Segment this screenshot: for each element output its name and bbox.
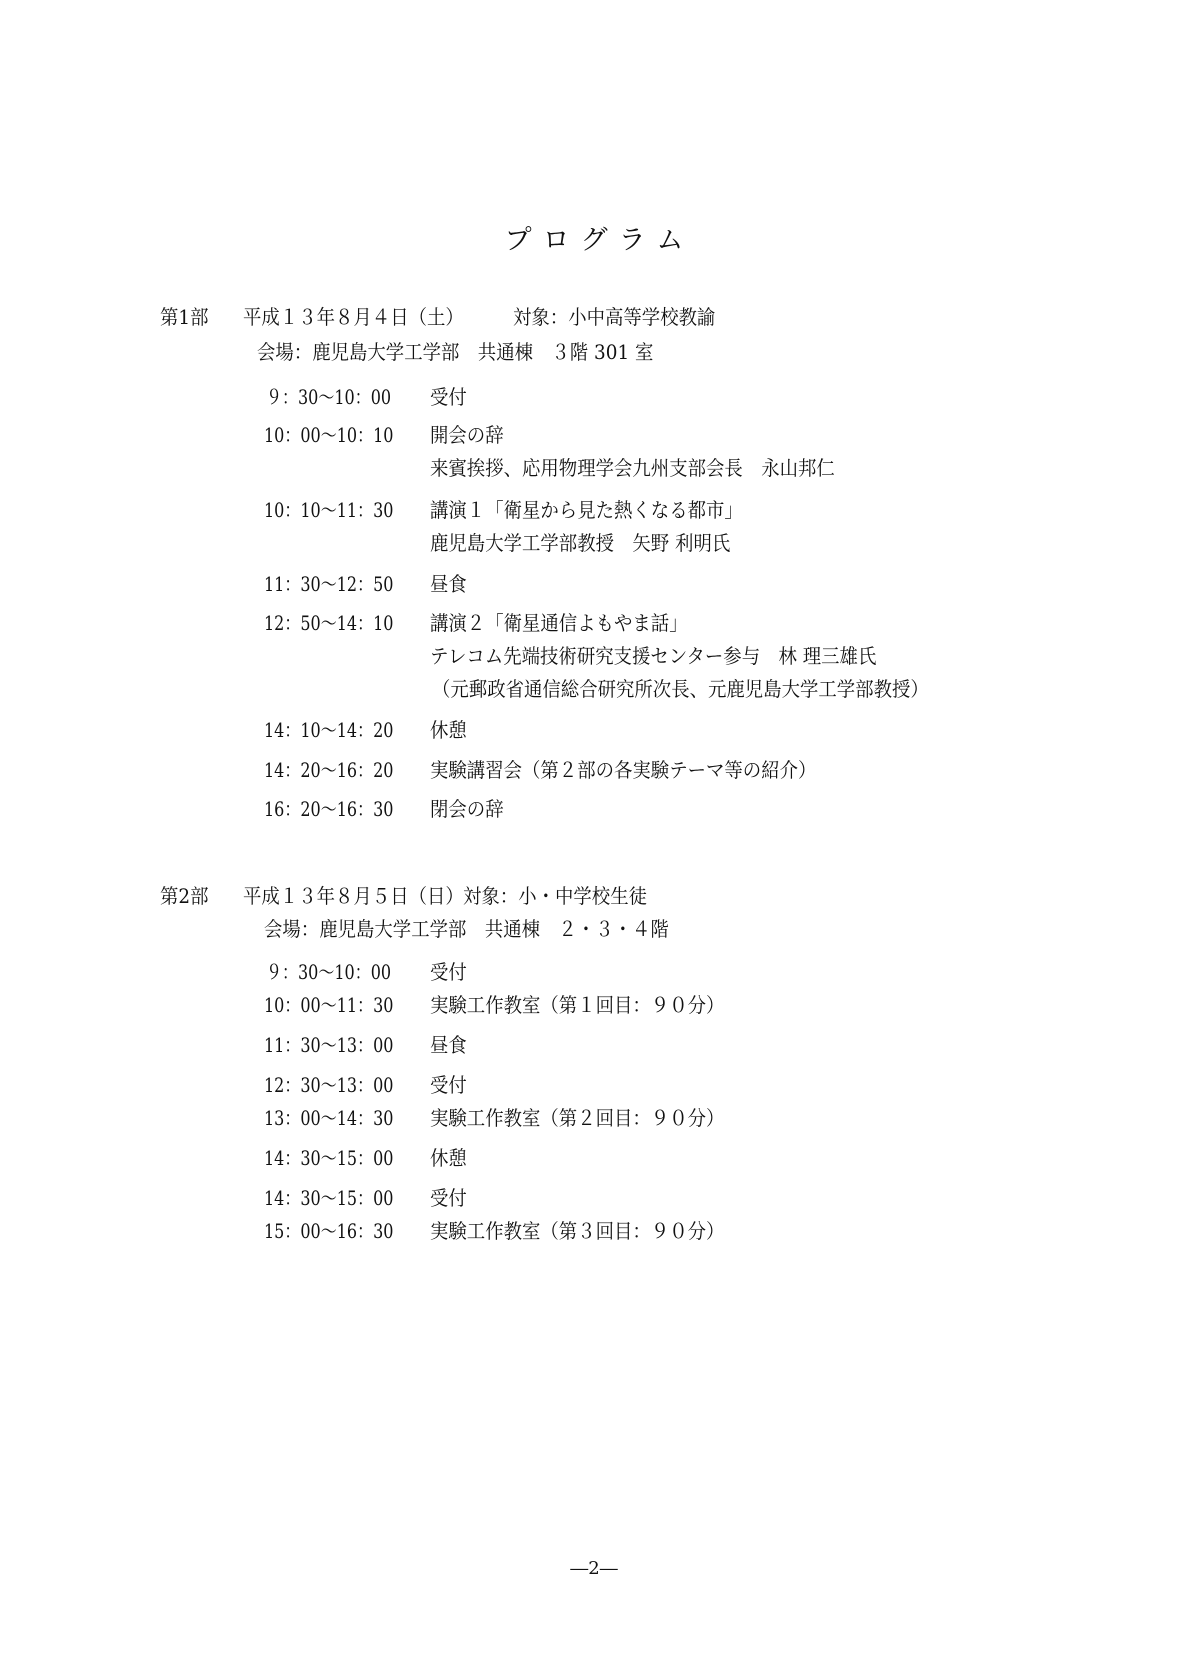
schedule-time: 11：30～13：00 — [264, 1033, 393, 1057]
schedule-item: 実験講習会（第２部の各実験テーマ等の紹介） — [430, 758, 816, 782]
schedule-detail: テレコム先端技術研究支援センター参与 林 理三雄氏 — [430, 644, 876, 668]
schedule-time: 11：30～12：50 — [264, 572, 393, 596]
schedule-item: 受付 — [430, 1186, 467, 1210]
part2-label: 第2部 — [160, 884, 209, 908]
schedule-time: 12：30～13：00 — [264, 1073, 393, 1097]
schedule-item: 実験工作教室（第３回目：９０分） — [430, 1219, 724, 1243]
schedule-item: 実験工作教室（第２回目：９０分） — [430, 1106, 724, 1130]
schedule-time: ９：30～10：00 — [266, 960, 391, 984]
schedule-item: 受付 — [430, 960, 467, 984]
schedule-time: 14：30～15：00 — [264, 1186, 393, 1210]
schedule-detail: 鹿児島大学工学部教授 矢野 利明氏 — [430, 531, 730, 555]
page-title: プログラム — [0, 218, 1188, 257]
schedule-time: 12：50～14：10 — [264, 611, 393, 635]
part2-audience: 対象：小・中学校生徒 — [463, 884, 647, 908]
schedule-item: 昼食 — [430, 1033, 467, 1057]
schedule-item: 講演２「衛星通信よもやま話」 — [430, 611, 688, 635]
schedule-item: 開会の辞 — [430, 423, 504, 447]
schedule-item: 受付 — [430, 385, 467, 409]
part1-date: 平成１３年８月４日（土） — [243, 305, 464, 329]
schedule-time: 13：00～14：30 — [264, 1106, 393, 1130]
schedule-time: 10：10～11：30 — [264, 498, 393, 522]
schedule-time: 10：00～11：30 — [264, 993, 393, 1017]
part1-label: 第1部 — [160, 305, 209, 329]
schedule-time: 16：20～16：30 — [264, 797, 393, 821]
part2-venue: 会場：鹿児島大学工学部 共通棟 ２・３・４階 — [264, 917, 669, 941]
schedule-time: 15：00～16：30 — [264, 1219, 393, 1243]
schedule-item: 受付 — [430, 1073, 467, 1097]
schedule-item: 休憩 — [430, 1146, 467, 1170]
schedule-time: 14：30～15：00 — [264, 1146, 393, 1170]
schedule-time: 14：20～16：20 — [264, 758, 393, 782]
part1-audience: 対象：小中高等学校教諭 — [513, 305, 715, 329]
schedule-item: 講演１「衛星から見た熱くなる都市」 — [430, 498, 743, 522]
page-number: ―2― — [0, 1558, 1188, 1579]
part2-date: 平成１３年８月５日（日） — [243, 884, 464, 908]
schedule-item: 休憩 — [430, 718, 467, 742]
schedule-time: 10：00～10：10 — [264, 423, 393, 447]
schedule-time: 14：10～14：20 — [264, 718, 393, 742]
schedule-item: 閉会の辞 — [430, 797, 504, 821]
schedule-time: ９：30～10：00 — [266, 385, 391, 409]
schedule-item: 実験工作教室（第１回目：９０分） — [430, 993, 724, 1017]
schedule-detail: 来賓挨拶、応用物理学会九州支部会長 永山邦仁 — [430, 456, 835, 480]
part1-venue: 会場：鹿児島大学工学部 共通棟 ３階 301 室 — [257, 340, 653, 364]
schedule-detail: （元郵政省通信総合研究所次長、元鹿児島大学工学部教授） — [432, 677, 929, 701]
schedule-item: 昼食 — [430, 572, 467, 596]
